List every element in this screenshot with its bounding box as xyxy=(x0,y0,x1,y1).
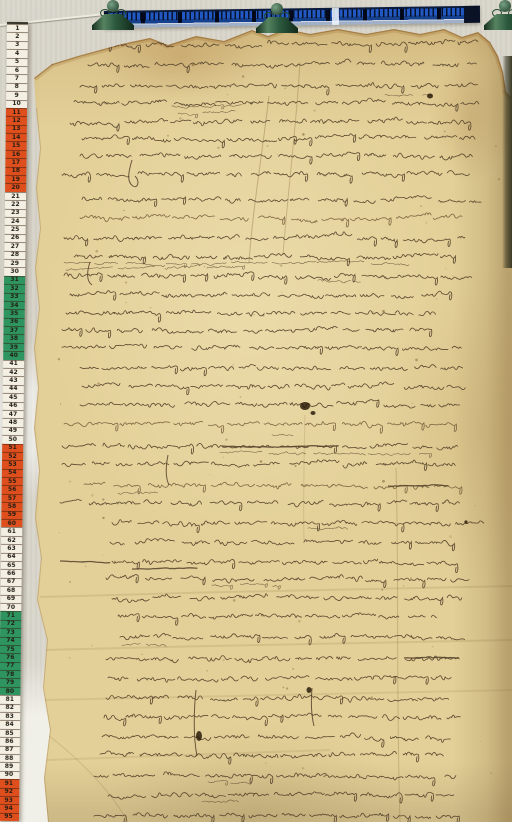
ruler-cell: 22 xyxy=(5,200,26,209)
ruler-cell: 15 xyxy=(6,141,27,150)
ruler-cell: 87 xyxy=(0,745,20,754)
ruler-cell: 64 xyxy=(1,552,22,561)
ruler-cell: 42 xyxy=(3,368,24,377)
ruler-cell: 62 xyxy=(1,536,22,545)
ruler-cell: 81 xyxy=(0,695,20,704)
ruler-cell: 21 xyxy=(5,192,26,201)
scale-glint xyxy=(332,8,339,25)
ruler-cell: 79 xyxy=(0,678,21,687)
ruler-cell: 61 xyxy=(1,527,22,536)
ruler-cell: 16 xyxy=(5,150,26,159)
ruler-cell: 33 xyxy=(4,292,25,301)
clip-jaw xyxy=(484,14,512,30)
ruler-cell: 3 xyxy=(7,41,28,50)
ruler-cell: 63 xyxy=(1,544,22,553)
ruler-cell: 53 xyxy=(2,460,23,469)
ruler-cell: 52 xyxy=(2,452,23,461)
ruler-cell: 88 xyxy=(0,754,20,763)
ruler-cell: 80 xyxy=(0,687,20,696)
ruler-cell: 5 xyxy=(7,57,28,66)
right-edge-shadow xyxy=(502,56,512,268)
ruler-cell: 55 xyxy=(2,477,23,486)
ruler-cell: 36 xyxy=(4,318,25,327)
ruler-cell: 32 xyxy=(4,284,25,293)
ruler-cell: 77 xyxy=(0,662,21,671)
ruler-cell: 37 xyxy=(3,326,24,335)
ruler-cell: 29 xyxy=(4,259,25,268)
ruler-cell: 60 xyxy=(1,519,22,528)
ruler-cell: 24 xyxy=(5,217,26,226)
ruler-cell: 75 xyxy=(0,645,21,654)
ruler-cell: 54 xyxy=(2,469,23,478)
ruler-cell: 1 xyxy=(7,24,28,33)
manuscript-paper xyxy=(0,0,512,822)
ruler-cell: 47 xyxy=(3,410,24,419)
ruler-cell: 23 xyxy=(5,208,26,217)
ruler-cell: 74 xyxy=(0,636,21,645)
ruler-cell: 41 xyxy=(3,359,24,368)
ruler-cell: 86 xyxy=(0,737,20,746)
ruler-cell: 14 xyxy=(6,133,27,142)
ruler-cell: 70 xyxy=(0,603,21,612)
ruler-cell: 18 xyxy=(5,167,26,176)
ruler-cell: 48 xyxy=(2,418,23,427)
ruler-cell: 92 xyxy=(0,787,19,796)
ruler-cell: 30 xyxy=(4,267,25,276)
ruler-cell: 4 xyxy=(7,49,28,58)
ruler-cell: 7 xyxy=(6,74,27,83)
ruler-cell: 91 xyxy=(0,779,19,788)
scale-end-cap xyxy=(464,6,480,23)
ruler-cell: 68 xyxy=(1,586,22,595)
archival-photo: 1234567891011121314151617181920212223242… xyxy=(0,0,512,822)
ruler-cell: 20 xyxy=(5,183,26,192)
ruler-cell: 46 xyxy=(3,401,24,410)
ruler-cell: 25 xyxy=(5,225,26,234)
ruler-cell: 73 xyxy=(0,628,21,637)
ruler-cell: 89 xyxy=(0,762,20,771)
ruler-cell: 58 xyxy=(1,502,22,511)
ruler-cell: 34 xyxy=(4,301,25,310)
clip-jaw xyxy=(256,17,298,33)
ruler-cell: 45 xyxy=(3,393,24,402)
ruler-cell: 2 xyxy=(7,32,28,41)
ruler-cell: 72 xyxy=(0,620,21,629)
ruler-cell: 44 xyxy=(3,385,24,394)
ruler-cell: 10 xyxy=(6,99,27,108)
binder-clip xyxy=(91,0,135,30)
ruler-cell: 17 xyxy=(5,158,26,167)
ruler-cell: 76 xyxy=(0,653,21,662)
ruler-cell: 35 xyxy=(4,309,25,318)
ruler-cell: 40 xyxy=(3,351,24,360)
ruler-cell: 19 xyxy=(5,175,26,184)
ruler-cell: 90 xyxy=(0,771,20,780)
ruler-cell: 38 xyxy=(3,334,24,343)
ruler-cell: 31 xyxy=(4,276,25,285)
ruler-cell: 50 xyxy=(2,435,23,444)
ruler-cell: 56 xyxy=(2,485,23,494)
ruler-cell: 11 xyxy=(6,108,27,117)
paper-surface xyxy=(0,0,512,822)
ruler-cell: 69 xyxy=(0,594,21,603)
ruler-cell: 84 xyxy=(0,720,20,729)
ruler-cell: 94 xyxy=(0,804,19,813)
ruler-cell: 51 xyxy=(2,443,23,452)
ruler-cell: 12 xyxy=(6,116,27,125)
ruler-cell: 93 xyxy=(0,796,19,805)
ruler-cell: 6 xyxy=(6,66,27,75)
ruler-cell: 85 xyxy=(0,729,20,738)
ruler-cell: 27 xyxy=(4,242,25,251)
binder-clip xyxy=(255,3,299,33)
ruler-cell: 71 xyxy=(0,611,21,620)
ruler-cell: 83 xyxy=(0,712,20,721)
ruler-cell: 13 xyxy=(6,125,27,134)
ruler-cell: 65 xyxy=(1,561,22,570)
ruler-cell: 82 xyxy=(0,703,20,712)
ruler-cell: 57 xyxy=(2,494,23,503)
ruler-cell: 9 xyxy=(6,91,27,100)
clip-jaw xyxy=(92,14,134,30)
ruler-cell: 26 xyxy=(5,234,26,243)
ruler-cell: 8 xyxy=(6,83,27,92)
ruler-cell: 28 xyxy=(4,250,25,259)
ruler-cell: 39 xyxy=(3,343,24,352)
binder-clip xyxy=(483,0,512,30)
ruler-cell: 66 xyxy=(1,569,22,578)
ruler-cell: 59 xyxy=(1,511,22,520)
ruler-cell: 67 xyxy=(1,578,22,587)
ruler-cell: 49 xyxy=(2,427,23,436)
ruler-cell: 95 xyxy=(0,813,19,822)
ruler-cell: 78 xyxy=(0,670,21,679)
ruler-cell: 43 xyxy=(3,376,24,385)
